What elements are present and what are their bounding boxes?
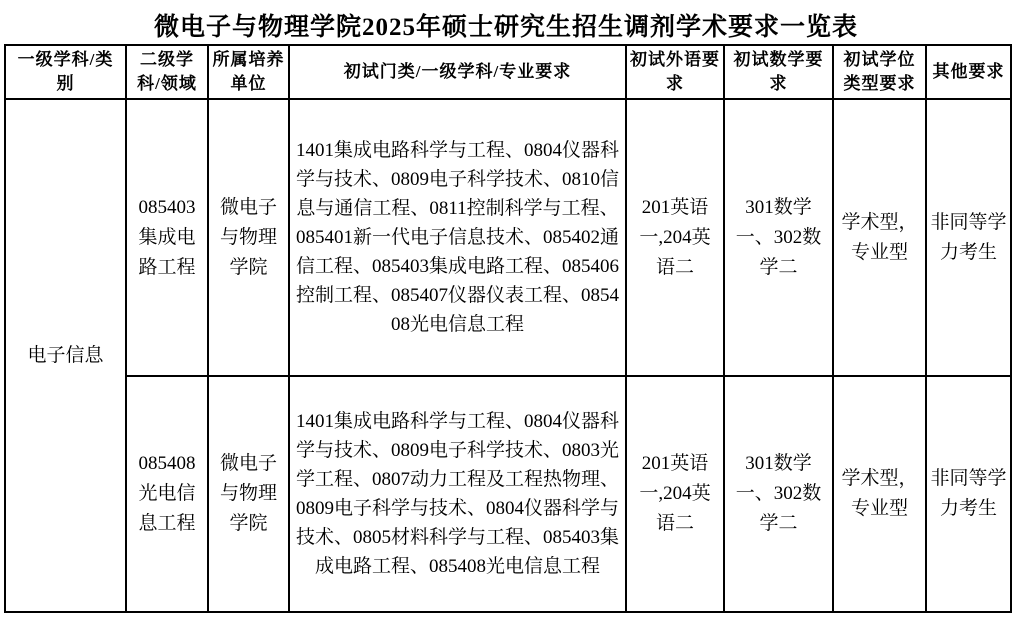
cell-other: 非同等学力考生 — [926, 376, 1011, 612]
page-title: 微电子与物理学院2025年硕士研究生招生调剂学术要求一览表 — [0, 0, 1012, 44]
header-first-level-discipline: 一级学科/类别 — [5, 45, 126, 99]
cell-category: 电子信息 — [5, 99, 126, 612]
cell-math: 301数学一、302数学二 — [724, 99, 833, 376]
header-math-requirement: 初试数学要求 — [724, 45, 833, 99]
cell-degree-type: 学术型，专业型 — [833, 99, 926, 376]
document-page: 微电子与物理学院2025年硕士研究生招生调剂学术要求一览表 一级学科/类别 二级… — [0, 0, 1012, 631]
table-row: 电子信息 085403集成电路工程 微电子与物理学院 1401集成电路科学与工程… — [5, 99, 1011, 376]
header-other-requirement: 其他要求 — [926, 45, 1011, 99]
cell-major: 085408光电信息工程 — [126, 376, 208, 612]
cell-foreign-language: 201英语一,204英语二 — [626, 99, 724, 376]
cell-unit: 微电子与物理学院 — [208, 376, 289, 612]
header-degree-type-requirement: 初试学位类型要求 — [833, 45, 926, 99]
cell-degree-type: 学术型，专业型 — [833, 376, 926, 612]
table-header-row: 一级学科/类别 二级学科/领域 所属培养单位 初试门类/一级学科/专业要求 初试… — [5, 45, 1011, 99]
cell-requirement: 1401集成电路科学与工程、0804仪器科学与技术、0809电子科学技术、080… — [289, 376, 626, 612]
table-row: 085408光电信息工程 微电子与物理学院 1401集成电路科学与工程、0804… — [5, 376, 1011, 612]
cell-unit: 微电子与物理学院 — [208, 99, 289, 376]
admission-requirements-table: 一级学科/类别 二级学科/领域 所属培养单位 初试门类/一级学科/专业要求 初试… — [4, 44, 1012, 613]
cell-other: 非同等学力考生 — [926, 99, 1011, 376]
cell-major: 085403集成电路工程 — [126, 99, 208, 376]
header-exam-category-requirement: 初试门类/一级学科/专业要求 — [289, 45, 626, 99]
cell-math: 301数学一、302数学二 — [724, 376, 833, 612]
cell-requirement: 1401集成电路科学与工程、0804仪器科学与技术、0809电子科学技术、081… — [289, 99, 626, 376]
header-training-unit: 所属培养单位 — [208, 45, 289, 99]
cell-foreign-language: 201英语一,204英语二 — [626, 376, 724, 612]
header-foreign-language-requirement: 初试外语要求 — [626, 45, 724, 99]
header-second-level-discipline: 二级学科/领域 — [126, 45, 208, 99]
